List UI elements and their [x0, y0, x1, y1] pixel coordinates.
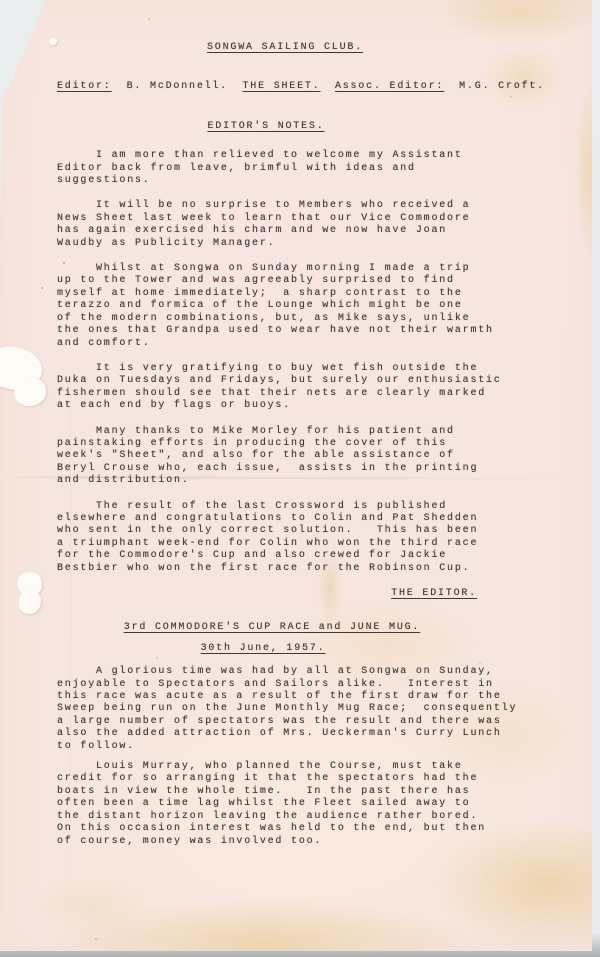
race-report-section: 3rd COMMODORE'S CUP RACE and JUNE MUG. — [22, 622, 522, 634]
race-report-heading: 3rd COMMODORE'S CUP RACE and JUNE MUG. — [124, 622, 420, 633]
masthead: Editor:B. McDonnell. THE SHEET. Assoc. E… — [57, 81, 557, 93]
editor-name: B. McDonnell. — [127, 81, 228, 92]
club-title-text: SONGWA SAILING CLUB. — [207, 42, 363, 53]
assoc-editor-label: Assoc. Editor: — [335, 81, 444, 92]
paragraph: It will be no surprise to Members who re… — [57, 200, 557, 250]
editor-signoff: THE EDITOR. — [57, 588, 557, 600]
newsletter-page: SONGWA SAILING CLUB. Editor:B. McDonnell… — [0, 0, 600, 957]
editors-notes-heading: EDITOR'S NOTES. — [207, 121, 324, 132]
typewritten-content: SONGWA SAILING CLUB. Editor:B. McDonnell… — [57, 42, 557, 848]
newsletter-title: THE SHEET. — [242, 81, 320, 93]
race-date-text: 30th June, 1957. — [201, 643, 326, 654]
paragraph: It is very gratifying to buy wet fish ou… — [57, 363, 557, 413]
assoc-editor-name: M.G. Croft. — [459, 81, 545, 92]
paragraph: The result of the last Crossword is publ… — [57, 501, 557, 575]
paper-specks — [0, 0, 2, 2]
paragraph: I am more than relieved to welcome my As… — [57, 150, 557, 187]
assoc-editor-credit: Assoc. Editor:M.G. Croft. — [335, 81, 545, 93]
paragraph: Whilst at Songwa on Sunday morning I mad… — [57, 263, 557, 350]
page-title: SONGWA SAILING CLUB. — [35, 42, 535, 54]
editor-signoff-text: THE EDITOR. — [391, 588, 477, 599]
paragraph: A glorious time was had by all at Songwa… — [57, 666, 557, 753]
paragraph: Many thanks to Mike Morley for his patie… — [57, 426, 557, 488]
editor-label: Editor: — [57, 81, 112, 92]
editors-notes-section: EDITOR'S NOTES. — [16, 121, 516, 133]
editor-credit: Editor:B. McDonnell. — [57, 81, 228, 93]
paragraph: Louis Murray, who planned the Course, mu… — [57, 761, 557, 848]
race-date: 30th June, 1957. — [13, 643, 513, 655]
scanned-page-background: SONGWA SAILING CLUB. Editor:B. McDonnell… — [0, 0, 600, 957]
